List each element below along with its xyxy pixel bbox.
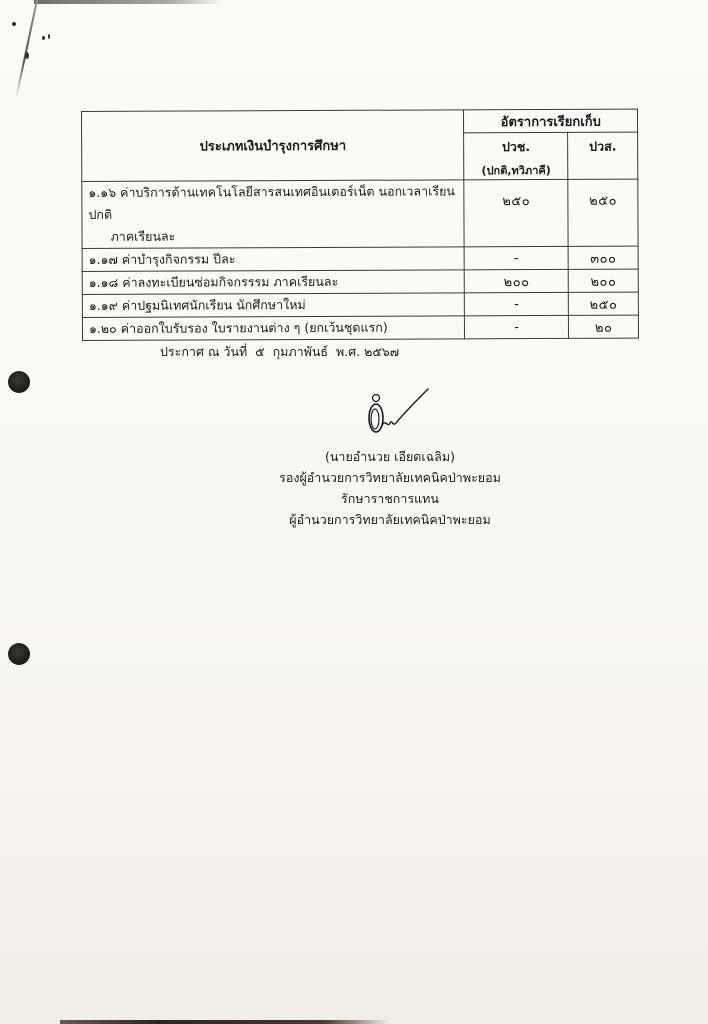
row-vc-fee: ๒๐๐ bbox=[465, 269, 569, 292]
row-description: ๑.๑๖ ค่าบริการด้านเทคโนโลยีสารสนเทศอินเต… bbox=[82, 180, 465, 249]
row-vc-fee: - bbox=[465, 292, 569, 315]
announcement-date: ประกาศ ณ วันที่ ๕ กุมภาพันธ์ พ.ศ. ๒๕๖๗ bbox=[160, 342, 399, 362]
paper-speck bbox=[48, 34, 50, 39]
row-vs-fee: ๒๕๐ bbox=[569, 292, 639, 315]
signature-block: (นายอำนวย เอียดเฉลิม) รองผู้อำนวยการวิทย… bbox=[265, 446, 515, 530]
row-vs-fee: ๒๕๐ bbox=[568, 179, 638, 246]
fee-table: ประเภทเงินบำรุงการศึกษา อัตราการเรียกเก็… bbox=[81, 109, 639, 341]
header-vc-label: ปวช. bbox=[502, 139, 530, 154]
row-vs-fee: ๓๐๐ bbox=[568, 246, 638, 269]
header-vocational-cert: ปวช. (ปกติ,ทวิภาคี) bbox=[464, 132, 568, 179]
paper-speck bbox=[42, 36, 45, 40]
row-description: ๑.๒๐ ค่าออกใบรับรอง ใบรายงานต่าง ๆ (ยกเว… bbox=[82, 316, 465, 341]
row-description: ๑.๑๘ ค่าลงทะเบียนซ่อมกิจกรรรม ภาคเรียนละ bbox=[82, 270, 465, 295]
row-vc-fee: - bbox=[465, 315, 569, 338]
paper-speck bbox=[25, 52, 29, 59]
page-fold-line bbox=[15, 0, 38, 98]
header-rate: อัตราการเรียกเก็บ bbox=[464, 109, 638, 133]
row-description: ๑.๑๗ ค่าบำรุงกิจกรรม ปีละ bbox=[82, 247, 465, 272]
paper-speck bbox=[12, 22, 16, 26]
row-vs-fee: ๒๐๐ bbox=[569, 269, 639, 292]
scanned-page: ประเภทเงินบำรุงการศึกษา อัตราการเรียกเก็… bbox=[0, 0, 708, 1024]
row-vs-fee: ๒๐ bbox=[569, 315, 639, 338]
header-high-vocational-cert: ปวส. bbox=[568, 132, 638, 179]
signatory-position: รองผู้อำนวยการวิทยาลัยเทคนิคป่าพะยอม bbox=[265, 467, 515, 488]
signatory-acting: รักษาราชการแทน bbox=[265, 488, 515, 509]
row-description-text: ๑.๑๖ ค่าบริการด้านเทคโนโลยีสารสนเทศอินเต… bbox=[88, 183, 455, 222]
table-row: ๑.๑๙ ค่าปฐมนิเทศนักเรียน นักศึกษาใหม่ - … bbox=[82, 292, 638, 317]
table-row: ๑.๑๖ ค่าบริการด้านเทคโนโลยีสารสนเทศอินเต… bbox=[82, 179, 638, 248]
signatory-name: (นายอำนวย เอียดเฉลิม) bbox=[265, 446, 515, 467]
row-vc-fee: - bbox=[465, 246, 569, 269]
table-row: ๑.๑๗ ค่าบำรุงกิจกรรม ปีละ - ๓๐๐ bbox=[82, 246, 638, 271]
page-edge-shadow bbox=[34, 0, 224, 4]
row-description: ๑.๑๙ ค่าปฐมนิเทศนักเรียน นักศึกษาใหม่ bbox=[82, 293, 465, 318]
signature-mark bbox=[362, 386, 442, 446]
table-row: ๑.๑๘ ค่าลงทะเบียนซ่อมกิจกรรรม ภาคเรียนละ… bbox=[82, 269, 638, 294]
punch-hole bbox=[8, 643, 30, 665]
row-description-continued: ภาคเรียนละ bbox=[89, 224, 458, 248]
table-row: ๑.๒๐ ค่าออกใบรับรอง ใบรายงานต่าง ๆ (ยกเว… bbox=[82, 315, 638, 340]
page-bottom-edge bbox=[60, 1020, 390, 1024]
signatory-acting-position: ผู้อำนวยการวิทยาลัยเทคนิคป่าพะยอม bbox=[265, 509, 515, 530]
row-vc-fee: ๒๕๐ bbox=[464, 179, 568, 246]
header-fee-type: ประเภทเงินบำรุงการศึกษา bbox=[82, 110, 465, 182]
header-vc-note: (ปกติ,ทวิภาคี) bbox=[471, 161, 562, 179]
punch-hole bbox=[8, 371, 30, 393]
